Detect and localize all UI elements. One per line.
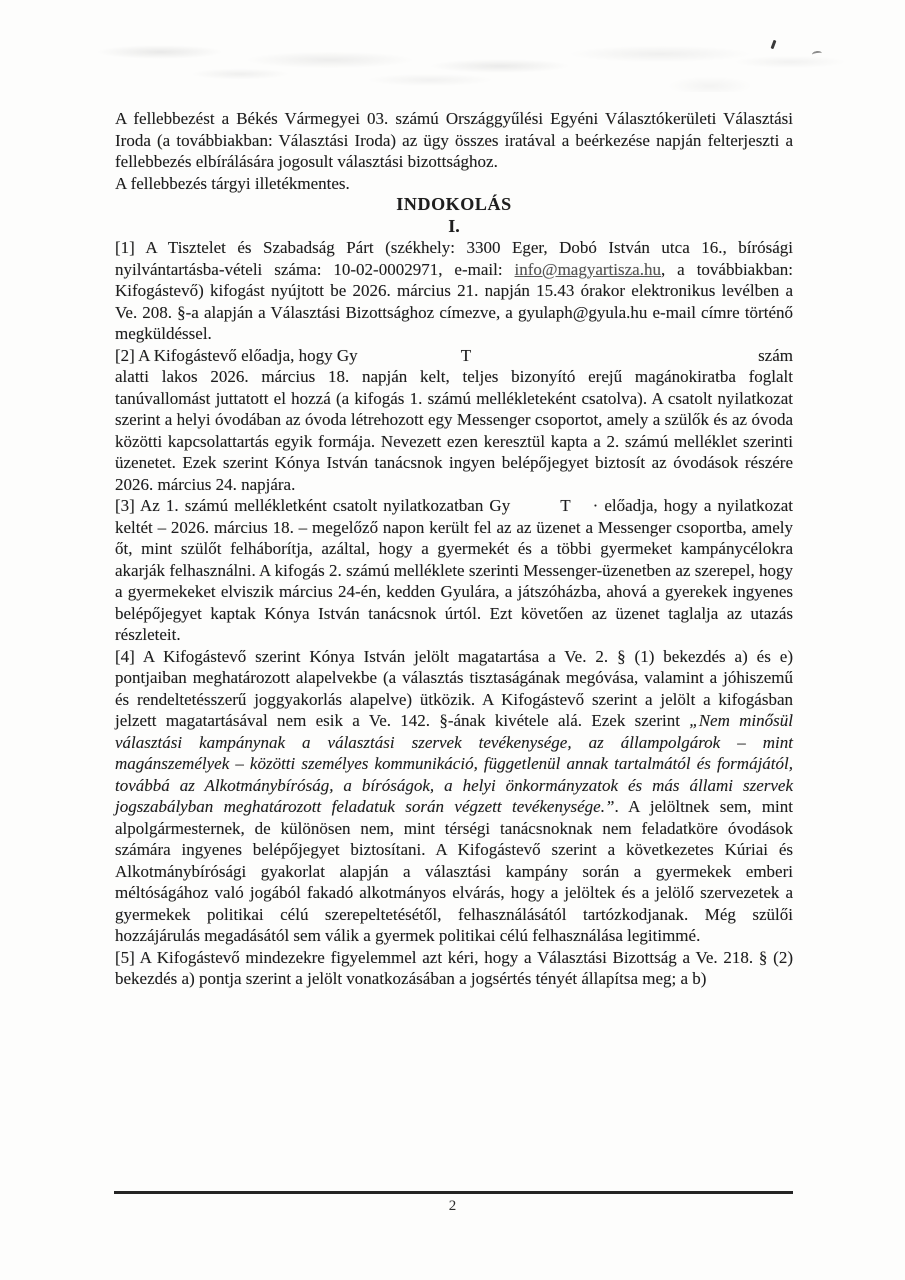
paragraph-4: [4] A Kifogástevő szerint Kónya István j…: [115, 646, 793, 947]
paragraph-fee-exempt: A fellebbezés tárgyi illetékmentes.: [115, 173, 793, 195]
page-number: 2: [0, 1198, 905, 1215]
paragraph-2-body: alatti lakos 2026. március 18. napján ke…: [115, 367, 793, 494]
paragraph-2-line1-initial: T: [461, 345, 471, 367]
paragraph-intro-forwarding: A fellebbezést a Békés Vármegyei 03. szá…: [115, 108, 793, 173]
footer-rule: [114, 1191, 793, 1194]
paragraph-3-start: [3] Az 1. számú mellékletként csatolt ny…: [115, 496, 510, 515]
paragraph-3: [3] Az 1. számú mellékletként csatolt ny…: [115, 495, 793, 646]
paragraph-3-initial: T: [560, 496, 570, 515]
paragraph-4-text-after-quote: . A jelöltnek sem, mint alpolgármesterne…: [115, 797, 793, 945]
document-body: A fellebbezést a Békés Vármegyei 03. szá…: [115, 108, 793, 990]
redacted-name-line: [2] A Kifogástevő előadja, hogy GyTszám: [115, 345, 793, 367]
scanned-document-page: A fellebbezést a Békés Vármegyei 03. szá…: [0, 0, 905, 1280]
redaction-gap: [358, 345, 461, 367]
paragraph-3-body: · előadja, hogy a nyilatkozat keltét – 2…: [115, 496, 793, 644]
paragraph-5: [5] A Kifogástevő mindezekre figyelemmel…: [115, 947, 793, 990]
scan-noise-artifact: [0, 22, 905, 92]
section-number-heading: I.: [115, 216, 793, 238]
redaction-gap: [471, 345, 758, 367]
paragraph-2: [2] A Kifogástevő előadja, hogy GyTszáma…: [115, 345, 793, 496]
heading-indokolas: INDOKOLÁS: [115, 194, 793, 216]
paragraph-2-line1-end: szám: [758, 345, 793, 367]
email-link: info@magyartisza.hu: [515, 260, 661, 279]
paragraph-1: [1] A Tisztelet és Szabadság Párt (székh…: [115, 237, 793, 345]
paragraph-2-line1-start: [2] A Kifogástevő előadja, hogy Gy: [115, 345, 358, 367]
